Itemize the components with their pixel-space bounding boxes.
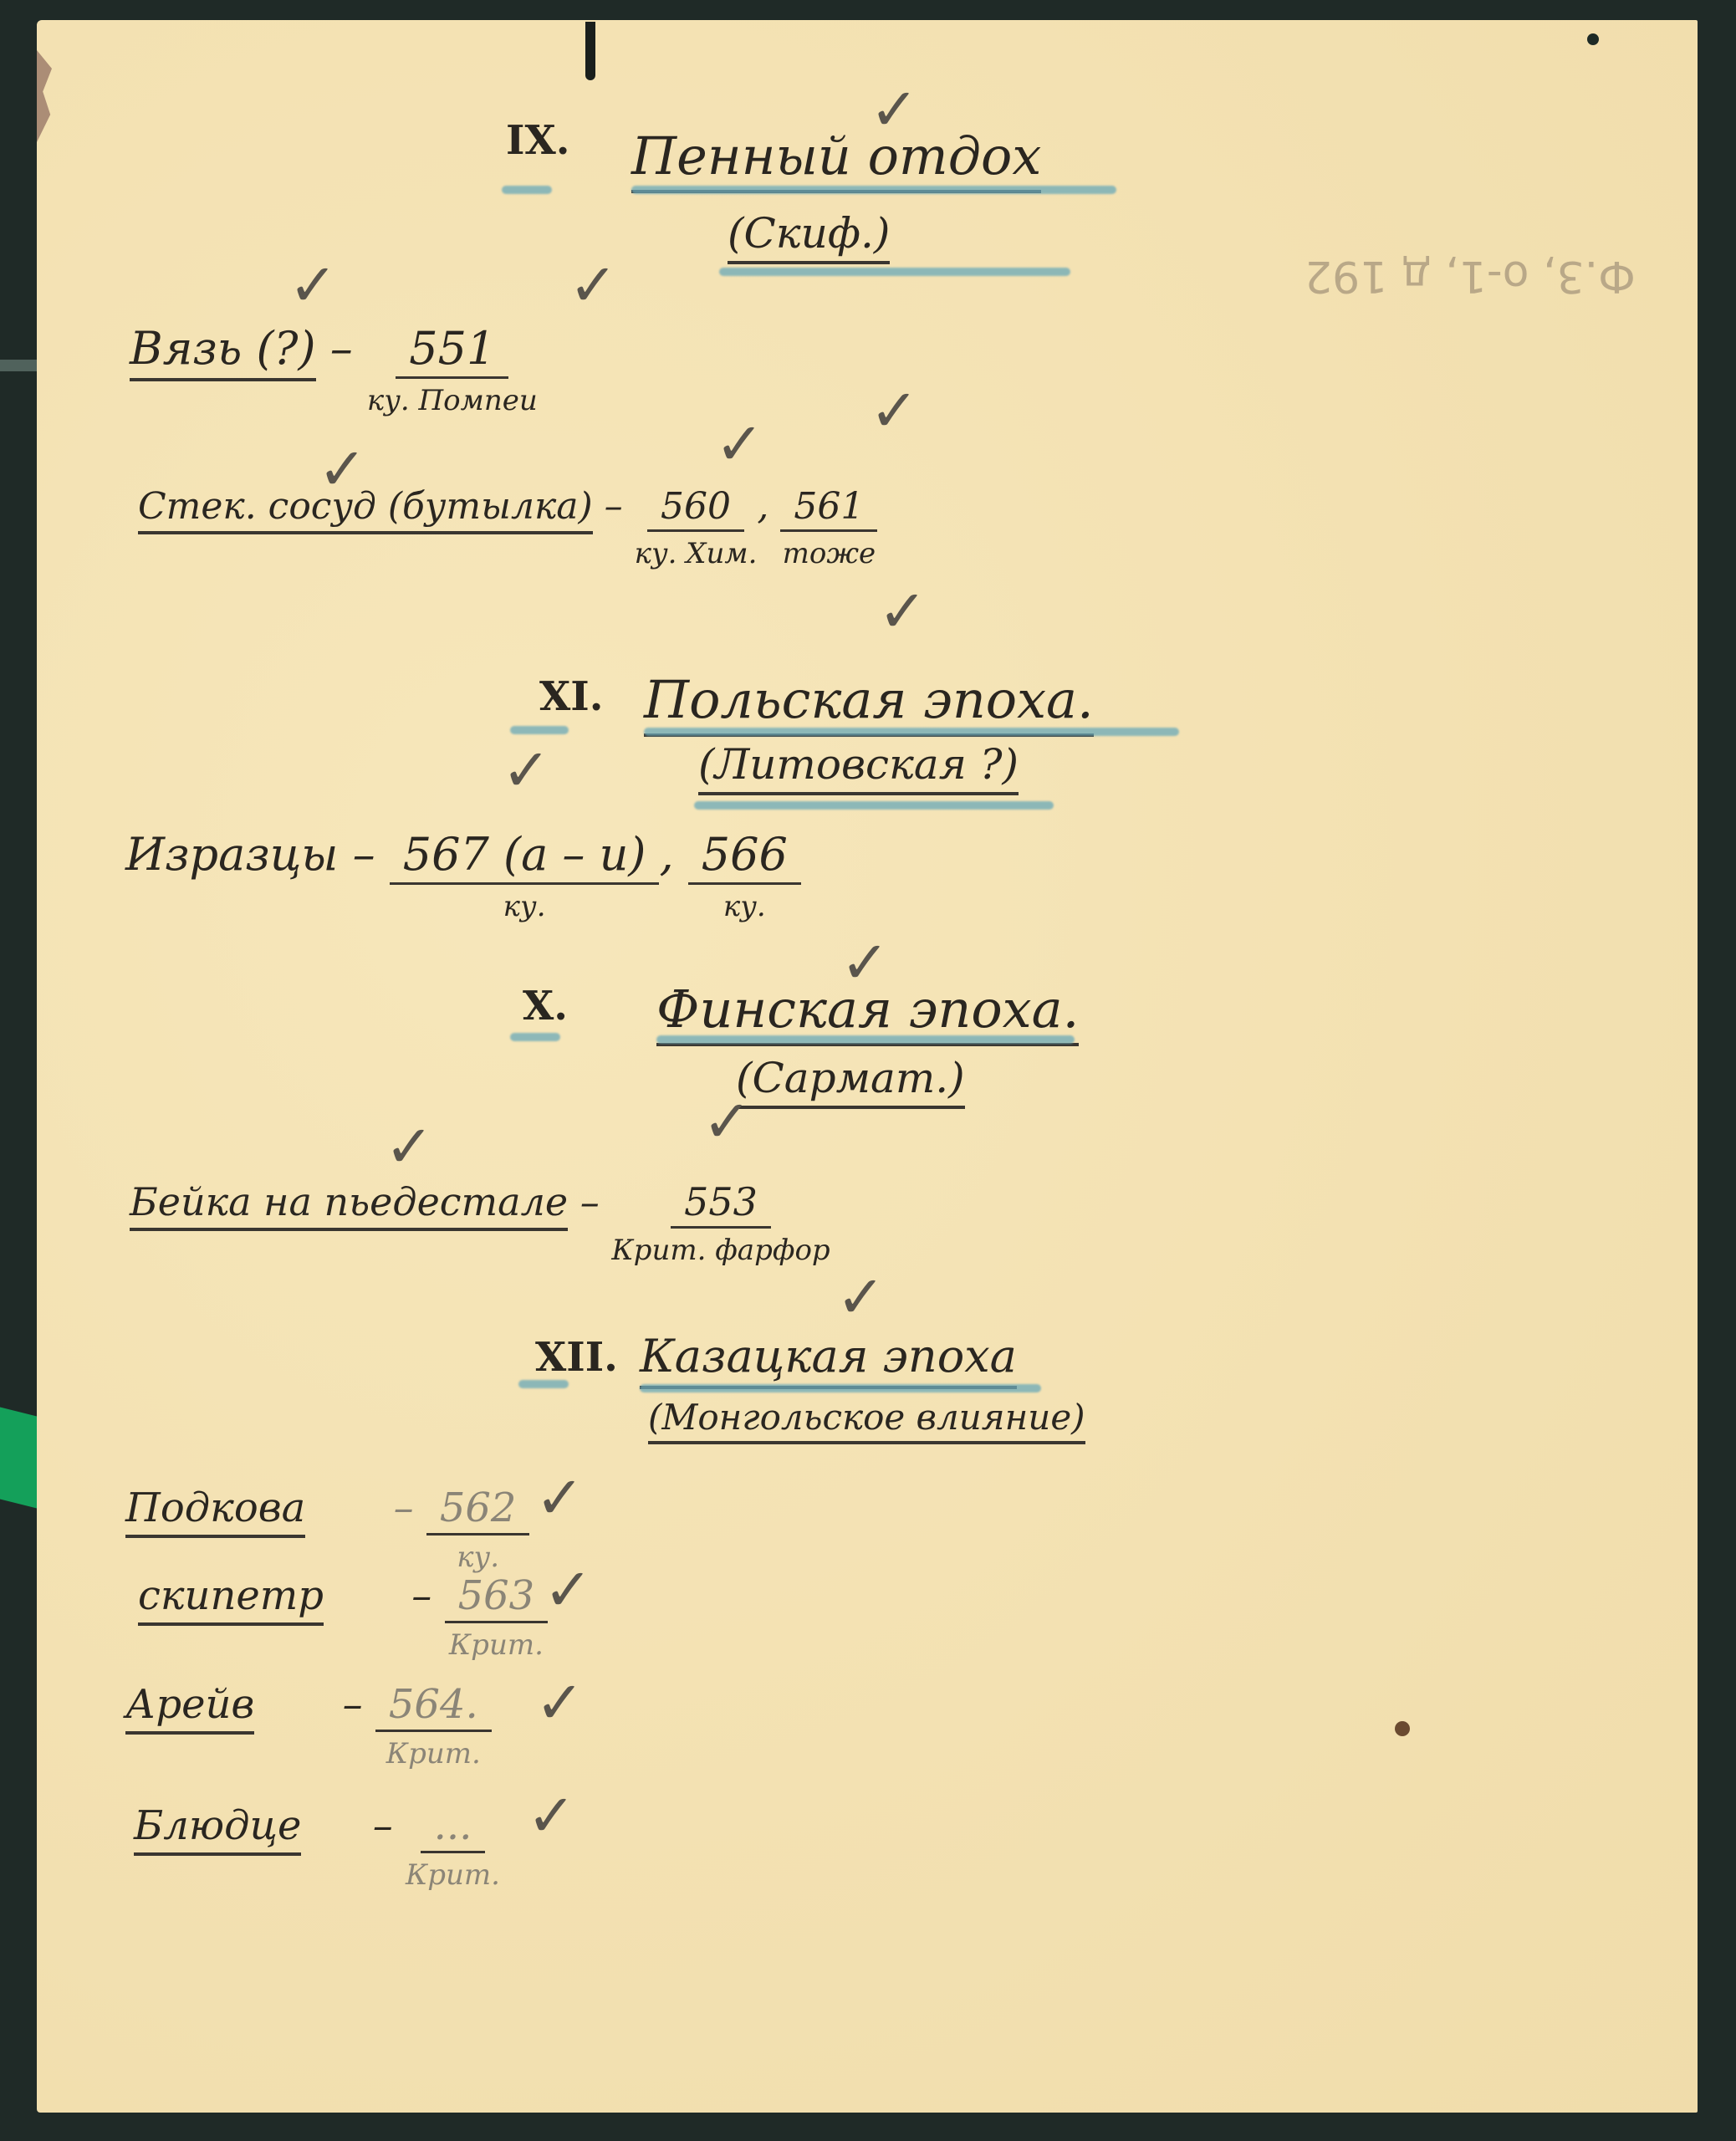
catalog-note: тоже — [783, 532, 876, 570]
check-mark-icon: ✓ — [544, 1556, 593, 1624]
check-mark-icon: ✓ — [502, 736, 551, 805]
blue-underline — [518, 1380, 569, 1388]
dash: – — [330, 322, 353, 375]
catalog-entry: 551 ку. Помпеи — [367, 322, 538, 417]
check-mark-icon: ✓ — [288, 251, 338, 319]
backdrop-strip — [0, 360, 38, 371]
dash: – — [394, 1484, 414, 1531]
dash: – — [580, 1179, 600, 1224]
catalog-number: 553 — [671, 1179, 771, 1229]
item-row: Стек. сосуд (бутылка) – 560 ку. Хим. , 5… — [138, 485, 877, 570]
catalog-entry: 566 ку. — [688, 828, 801, 923]
section-numeral: XII. — [535, 1334, 618, 1381]
check-mark-icon: ✓ — [702, 1087, 752, 1156]
check-mark-icon: ✓ — [870, 75, 919, 144]
catalog-entry: 553 Крит. фарфор — [611, 1179, 830, 1267]
dash: – — [343, 1681, 363, 1728]
blue-underline — [510, 1033, 560, 1041]
check-mark-icon: ✓ — [535, 1668, 585, 1737]
dash: – — [373, 1802, 393, 1849]
catalog-entry: 562 ку. — [426, 1484, 530, 1574]
pin-hole — [1587, 33, 1599, 45]
section-numeral: X. — [523, 983, 568, 1030]
catalog-note: ку. — [457, 1535, 499, 1574]
catalog-number: 560 — [647, 485, 744, 532]
check-mark-icon: ✓ — [535, 1464, 585, 1532]
section-subtitle: (Скиф.) — [728, 209, 890, 264]
item-name: Блюдце — [134, 1802, 301, 1856]
section-subtitle: (Литовская ?) — [698, 740, 1019, 795]
catalog-entry: ... Крит. — [406, 1802, 500, 1892]
section-title: Казацкая эпоха — [640, 1330, 1017, 1389]
check-mark-icon: ✓ — [385, 1112, 434, 1181]
catalog-entry: 567 (а – и) ку. — [390, 828, 660, 923]
catalog-entry: 563 Крит. — [445, 1572, 549, 1662]
check-mark-icon: ✓ — [878, 577, 927, 646]
catalog-entry: 560 ку. Хим. — [635, 485, 758, 570]
section-numeral: XI. — [539, 673, 603, 720]
section-title: Польская эпоха. — [644, 669, 1094, 737]
catalog-number: 551 — [396, 322, 508, 379]
stain-spot — [1395, 1721, 1410, 1736]
dash: – — [605, 485, 623, 528]
catalog-entry: 564. Крит. — [375, 1681, 492, 1771]
blue-underline — [694, 801, 1054, 810]
blue-underline — [656, 1035, 1075, 1044]
check-mark-icon: ✓ — [715, 410, 764, 478]
item-name: Арейв — [125, 1681, 254, 1735]
section-numeral: IX. — [506, 117, 569, 164]
catalog-number: 561 — [780, 485, 877, 532]
item-name: Подкова — [125, 1484, 305, 1538]
catalog-note: ку. — [723, 885, 766, 923]
item-name: скипетр — [138, 1572, 324, 1626]
dash: – — [353, 828, 375, 881]
catalog-note: Крит. фарфор — [611, 1229, 830, 1267]
check-mark-icon: ✓ — [569, 251, 618, 319]
catalog-number: 567 (а – и) — [390, 828, 660, 885]
item-row: Арейв – 564. Крит. — [125, 1681, 492, 1771]
catalog-entry: 561 тоже — [780, 485, 877, 570]
catalog-note: Крит. — [386, 1732, 481, 1771]
section-subtitle: (Монгольское влияние) — [648, 1397, 1085, 1444]
check-mark-icon: ✓ — [836, 1263, 886, 1331]
catalog-number: 563 — [445, 1572, 549, 1623]
blue-underline — [502, 186, 552, 194]
catalog-note: ку. Помпеи — [367, 379, 538, 417]
check-mark-icon: ✓ — [870, 376, 919, 445]
section-title: Пенный отдох — [631, 125, 1041, 193]
item-row: Подкова – 562 ку. — [125, 1484, 529, 1574]
catalog-note: Крит. — [449, 1623, 544, 1662]
item-name: Бейка на пьедестале — [130, 1179, 568, 1231]
section-subtitle: (Сармат.) — [736, 1054, 965, 1109]
catalog-number: ... — [421, 1802, 486, 1853]
catalog-number: 562 — [426, 1484, 530, 1535]
catalog-note: ку. Хим. — [635, 532, 758, 570]
item-name: Вязь (?) — [130, 322, 316, 381]
blue-underline — [510, 726, 569, 734]
item-row: Бейка на пьедестале – 553 Крит. фарфор — [130, 1179, 830, 1267]
check-mark-icon: ✓ — [318, 435, 367, 503]
item-row: Вязь (?) – 551 ку. Помпеи — [130, 322, 538, 417]
blue-underline — [640, 1384, 1041, 1392]
ink-mark — [585, 22, 595, 80]
blue-underline — [644, 728, 1179, 736]
archive-reference: Ф.3, о-1, д 192 — [1305, 251, 1636, 301]
check-mark-icon: ✓ — [527, 1781, 576, 1850]
item-row: Изразцы – 567 (а – и) ку. , 566 ку. — [125, 828, 801, 923]
catalog-number: 564. — [375, 1681, 492, 1732]
catalog-number: 566 — [688, 828, 801, 885]
item-row: скипетр – 563 Крит. — [138, 1572, 548, 1662]
item-name: Изразцы — [125, 828, 338, 881]
catalog-note: Крит. — [406, 1853, 500, 1892]
item-row: Блюдце – ... Крит. — [134, 1802, 500, 1892]
blue-underline — [719, 268, 1070, 276]
catalog-note: ку. — [503, 885, 546, 923]
blue-underline — [631, 186, 1116, 194]
dash: – — [411, 1572, 431, 1619]
